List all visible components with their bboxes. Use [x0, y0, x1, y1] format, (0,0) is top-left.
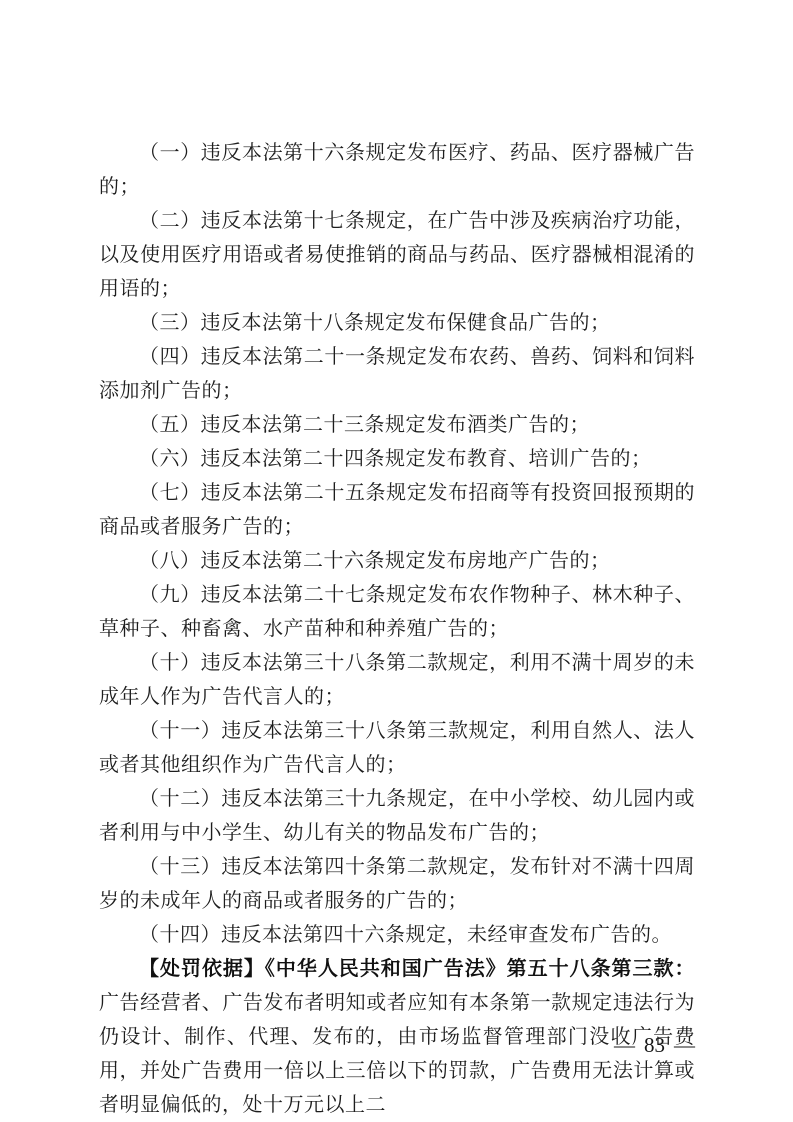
clause-item-5: （五）违反本法第二十三条规定发布酒类广告的；	[99, 408, 695, 442]
clause-item-2: （二）违反本法第十七条规定，在广告中涉及疾病治疗功能，以及使用医疗用语或者易使推…	[99, 204, 695, 306]
clause-item-4: （四）违反本法第二十一条规定发布农药、兽药、饲料和饲料添加剂广告的；	[99, 340, 695, 408]
clause-item-11: （十一）违反本法第三十八条第三款规定，利用自然人、法人或者其他组织作为广告代言人…	[99, 714, 695, 782]
penalty-basis-text: 广告经营者、广告发布者明知或者应知有本条第一款规定违法行为仍设计、制作、代理、发…	[99, 992, 695, 1116]
penalty-basis-label: 【处罚依据】《中华人民共和国广告法》第五十八条第三款：	[139, 958, 695, 980]
document-page: （一）违反本法第十六条规定发布医疗、药品、医疗器械广告的； （二）违反本法第十七…	[0, 0, 793, 1122]
clause-item-6: （六）违反本法第二十四条规定发布教育、培训广告的；	[99, 442, 695, 476]
clause-item-3: （三）违反本法第十八条规定发布保健食品广告的；	[99, 306, 695, 340]
page-number: 83	[644, 1033, 665, 1058]
clause-item-7: （七）违反本法第二十五条规定发布招商等有投资回报预期的商品或者服务广告的；	[99, 476, 695, 544]
page-footer: — 83 —	[614, 1033, 695, 1058]
clause-item-8: （八）违反本法第二十六条规定发布房地产广告的；	[99, 544, 695, 578]
clause-item-1: （一）违反本法第十六条规定发布医疗、药品、医疗器械广告的；	[99, 136, 695, 204]
penalty-basis-paragraph: 【处罚依据】《中华人民共和国广告法》第五十八条第三款：广告经营者、广告发布者明知…	[99, 952, 695, 1122]
footer-dash-left: —	[614, 1033, 635, 1058]
footer-dash-right: —	[674, 1033, 695, 1058]
clause-item-12: （十二）违反本法第三十九条规定，在中小学校、幼儿园内或者利用与中小学生、幼儿有关…	[99, 782, 695, 850]
clause-item-13: （十三）违反本法第四十条第二款规定，发布针对不满十四周岁的未成年人的商品或者服务…	[99, 850, 695, 918]
document-body: （一）违反本法第十六条规定发布医疗、药品、医疗器械广告的； （二）违反本法第十七…	[99, 136, 695, 1122]
clause-item-10: （十）违反本法第三十八条第二款规定，利用不满十周岁的未成年人作为广告代言人的；	[99, 646, 695, 714]
clause-item-14: （十四）违反本法第四十六条规定，未经审查发布广告的。	[99, 918, 695, 952]
clause-item-9: （九）违反本法第二十七条规定发布农作物种子、林木种子、草种子、种畜禽、水产苗种和…	[99, 578, 695, 646]
